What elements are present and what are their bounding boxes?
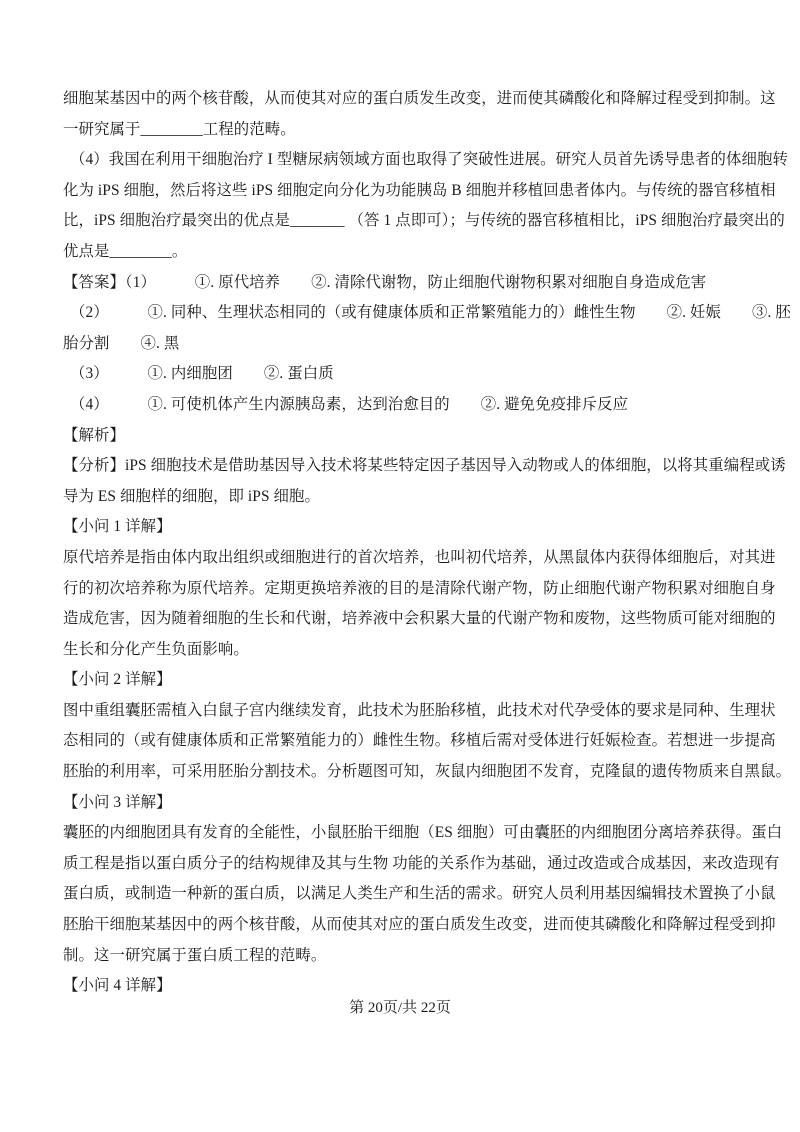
analysis-text: 【分析】iPS 细胞技术是借助基因导入技术将某些特定因子基因导入动物或人的体细胞… — [63, 451, 753, 482]
analysis-section-header: 【解析】 — [63, 421, 753, 452]
detail-section-2-header: 【小问 2 详解】 — [63, 665, 753, 696]
detail-text: 质工程是指以蛋白质分子的结构规律及其与生物 功能的关系作为基础，通过改造或合成基… — [63, 849, 753, 880]
detail-text: 造成危害，因为随着细胞的生长和代谢，培养液中会积累大量的代谢产物和废物，这些物质… — [63, 604, 753, 635]
answer-item-2: （2） ①. 同种、生理状态相同的（或有健康体质和正常繁殖能力的）雌性生物 ②.… — [63, 298, 753, 329]
detail-text: 胚胎干细胞某基因中的两个核苷酸，从而使其对应的蛋白质发生改变，进而使其磷酸化和降… — [63, 910, 753, 941]
page-number: 第 20页/共 22页 — [0, 997, 800, 1019]
answer-item-3: （3） ①. 内细胞团 ②. 蛋白质 — [63, 359, 753, 390]
text-line: 胎分割 ④. 黑 — [63, 329, 753, 360]
detail-text: 生长和分化产生负面影响。 — [63, 635, 753, 666]
text-line: 化为 iPS 细胞，然后将这些 iPS 细胞定向分化为功能胰岛 B 细胞并移植回… — [63, 176, 753, 207]
text-line: 细胞某基因中的两个核苷酸，从而使其对应的蛋白质发生改变，进而使其磷酸化和降解过程… — [63, 84, 753, 115]
detail-section-3-header: 【小问 3 详解】 — [63, 788, 753, 819]
document-body: 细胞某基因中的两个核苷酸，从而使其对应的蛋白质发生改变，进而使其磷酸化和降解过程… — [63, 84, 753, 1002]
detail-text: 原代培养是指由体内取出组织或细胞进行的首次培养，也叫初代培养，从黑鼠体内获得体细… — [63, 543, 753, 574]
document-page: 细胞某基因中的两个核苷酸，从而使其对应的蛋白质发生改变，进而使其磷酸化和降解过程… — [0, 0, 800, 1132]
detail-text: 行的初次培养称为原代培养。定期更换培养液的目的是清除代谢产物，防止细胞代谢产物积… — [63, 574, 753, 605]
answer-item-4: （4） ①. 可使机体产生内源胰岛素，达到治愈目的 ②. 避免免疫排斥反应 — [63, 390, 753, 421]
answer-section-item-1: 【答案】（1） ①. 原代培养 ②. 清除代谢物，防止细胞代谢物积累对细胞自身造… — [63, 268, 753, 299]
detail-text: 囊胚的内细胞团具有发育的全能性，小鼠胚胎干细胞（ES 细胞）可由囊胚的内细胞团分… — [63, 818, 753, 849]
analysis-text: 导为 ES 细胞样的细胞，即 iPS 细胞。 — [63, 482, 753, 513]
question-item-4: （4）我国在利用干细胞治疗 I 型糖尿病领域方面也取得了突破性进展。研究人员首先… — [63, 145, 753, 176]
detail-text: 制。这一研究属于蛋白质工程的范畴。 — [63, 941, 753, 972]
detail-text: 图中重组囊胚需植入白鼠子宫内继续发育，此技术为胚胎移植，此技术对代孕受体的要求是… — [63, 696, 753, 727]
detail-text: 胚胎的利用率，可采用胚胎分割技术。分析题图可知，灰鼠内细胞团不发育，克隆鼠的遗传… — [63, 757, 753, 788]
detail-section-1-header: 【小问 1 详解】 — [63, 512, 753, 543]
detail-text: 态相同的（或有健康体质和正常繁殖能力的）雌性生物。移植后需对受体进行妊娠检查。若… — [63, 726, 753, 757]
text-line-with-blank: 比，iPS 细胞治疗最突出的优点是_______ （答 1 点即可）；与传统的器… — [63, 206, 753, 237]
text-line-with-blank: 一研究属于________工程的范畴。 — [63, 115, 753, 146]
text-line-with-blank: 优点是________。 — [63, 237, 753, 268]
detail-text: 蛋白质，或制造一种新的蛋白质，以满足人类生产和生活的需求。研究人员利用基因编辑技… — [63, 879, 753, 910]
